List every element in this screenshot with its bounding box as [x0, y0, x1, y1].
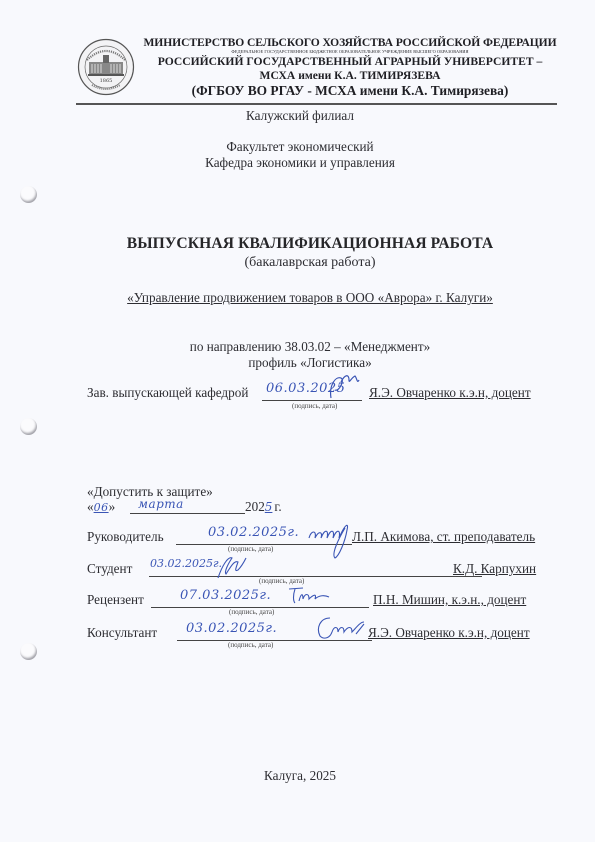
head-of-department-name: Я.Э. Овчаренко к.э.н, доцент [369, 385, 531, 401]
caption-consultant: (подпись, дата) [228, 641, 273, 649]
study-profile: профиль «Логистика» [60, 355, 560, 371]
supervisor-name: Л.П. Акимова, ст. преподаватель [352, 529, 535, 545]
document-title: ВЫПУСКНАЯ КВАЛИФИКАЦИОННАЯ РАБОТА [60, 235, 560, 253]
punch-hole-top [20, 186, 37, 203]
branch-name: Калужский филиал [140, 108, 460, 124]
university-name-line2: МСХА имени К.А. ТИМИРЯЗЕВА [140, 69, 560, 82]
quote-open: « [87, 499, 94, 514]
caption-head: (подпись, дата) [292, 402, 337, 410]
handwritten-date-supervisor: 03.02.2025г. [208, 525, 299, 540]
signature-head [327, 368, 363, 402]
thesis-topic: «Управление продвижением товаров в ООО «… [60, 290, 560, 306]
supervisor-label: Руководитель [87, 529, 164, 545]
ministry-name: МИНИСТЕРСТВО СЕЛЬСКОГО ХОЗЯЙСТВА РОССИЙС… [140, 36, 560, 49]
admission-year: 2025г. [245, 499, 282, 515]
admission-month-line [130, 513, 245, 514]
student-name: К.Д. Карпухин [453, 561, 536, 577]
admission-month: марта [138, 497, 184, 511]
document-subtitle: (бакалаврская работа) [60, 255, 560, 271]
consultant-name: Я.Э. Овчаренко к.э.н, доцент [368, 625, 530, 641]
reviewer-name: П.Н. Мишин, к.э.н., доцент [373, 592, 526, 608]
punch-hole-middle [20, 418, 37, 435]
head-of-department-label: Зав. выпускающей кафедрой [87, 385, 248, 401]
handwritten-date-consultant: 03.02.2025г. [186, 621, 277, 636]
reviewer-label: Рецензент [87, 592, 144, 608]
handwritten-date-reviewer: 07.03.2025г. [180, 588, 271, 603]
svg-text:1865: 1865 [100, 78, 113, 84]
punch-hole-bottom [20, 643, 37, 660]
caption-reviewer: (подпись, дата) [229, 608, 274, 616]
handwritten-date-student: 03.02.2025г. [150, 557, 222, 570]
signature-student [214, 552, 248, 580]
document-page: 1865 МИНИСТЕРСТВО СЕЛЬСКОГО ХОЗЯЙСТВА РО… [0, 0, 595, 842]
student-label: Студент [87, 561, 132, 577]
year-suffix: г. [274, 499, 281, 514]
year-prefix: 202 [245, 499, 265, 514]
signature-reviewer [285, 585, 331, 607]
admission-day: 06 [94, 501, 109, 514]
city-year: Калуга, 2025 [200, 768, 400, 784]
header-divider [76, 103, 557, 105]
department-name: Кафедра экономики и управления [140, 155, 460, 171]
university-emblem-icon: 1865 [77, 38, 135, 96]
faculty-name: Факультет экономический [140, 139, 460, 155]
institution-type: ФЕДЕРАЛЬНОЕ ГОСУДАРСТВЕННОЕ БЮДЖЕТНОЕ ОБ… [140, 49, 560, 54]
study-direction: по направлению 38.03.02 – «Менеджмент» [60, 339, 560, 355]
signature-line-student [149, 576, 482, 577]
signature-consultant [312, 614, 368, 642]
caption-student: (подпись, дата) [259, 577, 304, 585]
university-abbreviation: (ФГБОУ ВО РГАУ - МСХА имени К.А. Тимиряз… [140, 83, 560, 99]
quote-close: » [109, 499, 116, 514]
year-digit: 5 [265, 500, 273, 514]
admission-date: «06» [87, 499, 115, 515]
consultant-label: Консультант [87, 625, 157, 641]
university-name-line1: РОССИЙСКИЙ ГОСУДАРСТВЕННЫЙ АГРАРНЫЙ УНИВ… [140, 55, 560, 68]
signature-supervisor [305, 518, 355, 560]
